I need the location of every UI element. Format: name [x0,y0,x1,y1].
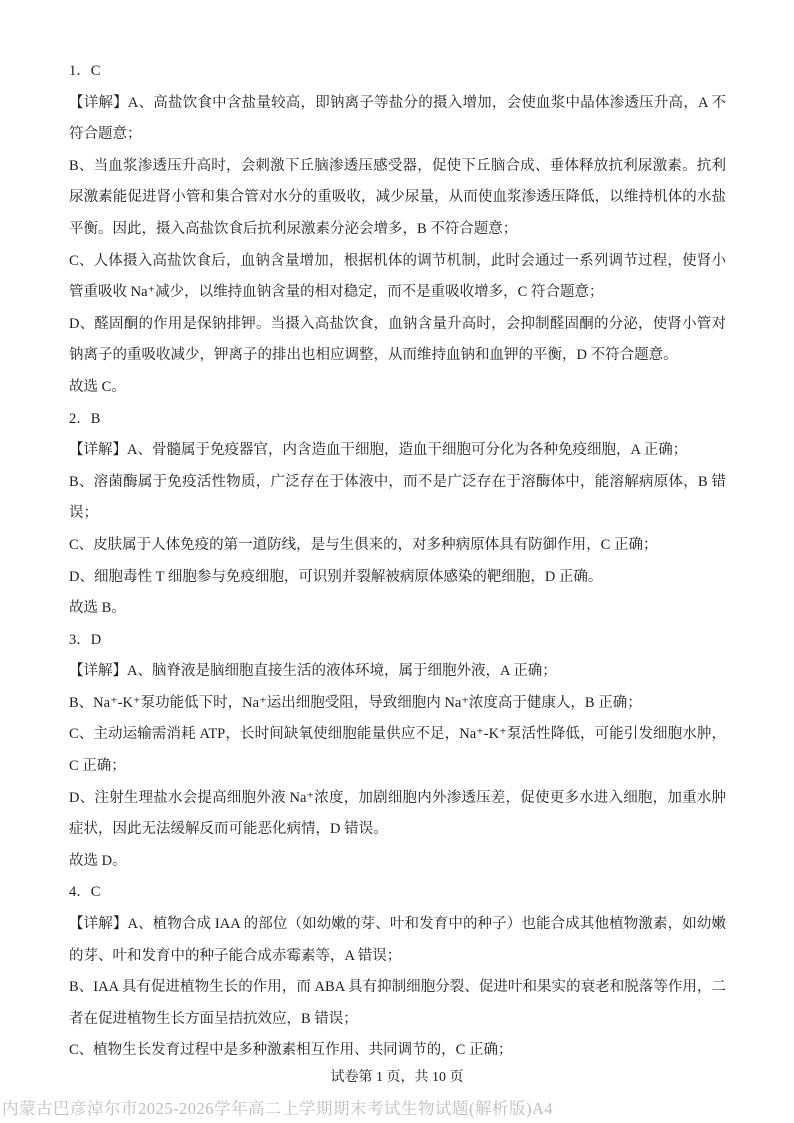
explanation-paragraph: C、植物生长发育过程中是多种激素相互作用、共同调节的，C 正确； [69,1035,726,1067]
explanation-paragraph: B、溶菌酶属于免疫活性物质，广泛存在于体液中，而不是广泛存在于溶酶体中，能溶解病… [69,467,726,530]
explanation-paragraph: 【详解】A、植物合成 IAA 的部位（如幼嫩的芽、叶和发育中的种子）也能合成其他… [69,909,726,972]
explanation-paragraph: D、醛固酮的作用是保钠排钾。当摄入高盐饮食，血钠含量升高时，会抑制醛固酮的分泌，… [69,309,726,372]
answer-heading-2: 2．B [69,404,726,436]
footer-page-number: 试卷第 1 页，共 10 页 [0,1066,794,1086]
watermark-text: 内蒙古巴彦淖尔市2025-2026学年高二上学期期末考试生物试题(解析版)A4 [2,1095,553,1119]
explanation-paragraph: D、注射生理盐水会提高细胞外液 Na⁺浓度，加剧细胞内外渗透压差，促使更多水进入… [69,783,726,846]
answer-heading-3: 3．D [69,625,726,657]
explanation-paragraph: B、Na⁺-K⁺泵功能低下时，Na⁺运出细胞受阻，导致细胞内 Na⁺浓度高于健康… [69,688,726,720]
document-page: 1．C 【详解】A、高盐饮食中含盐量较高，即钠离子等盐分的摄入增加，会使血浆中晶… [0,0,794,1123]
answer-block-2: 2．B 【详解】A、骨髓属于免疫器官，内含造血干细胞，造血干细胞可分化为各种免疫… [69,404,726,625]
conclusion-line: 故选 B。 [69,593,726,625]
answer-heading-4: 4．C [69,877,726,909]
explanation-paragraph: C、主动运输需消耗 ATP，长时间缺氧使细胞能量供应不足，Na⁺-K⁺泵活性降低… [69,719,726,782]
explanation-paragraph: D、细胞毒性 T 细胞参与免疫细胞，可识别并裂解被病原体感染的靶细胞，D 正确。 [69,562,726,594]
answer-block-3: 3．D 【详解】A、脑脊液是脑细胞直接生活的液体环境，属于细胞外液，A 正确； … [69,625,726,878]
explanation-paragraph: B、IAA 具有促进植物生长的作用，而 ABA 具有抑制细胞分裂、促进叶和果实的… [69,972,726,1035]
explanation-paragraph: C、皮肤属于人体免疫的第一道防线，是与生俱来的，对多种病原体具有防御作用，C 正… [69,530,726,562]
explanation-paragraph: C、人体摄入高盐饮食后，血钠含量增加，根据机体的调节机制，此时会通过一系列调节过… [69,246,726,309]
explanation-paragraph: 【详解】A、高盐饮食中含盐量较高，即钠离子等盐分的摄入增加，会使血浆中晶体渗透压… [69,88,726,151]
answer-block-4: 4．C 【详解】A、植物合成 IAA 的部位（如幼嫩的芽、叶和发育中的种子）也能… [69,877,726,1067]
conclusion-line: 故选 D。 [69,846,726,878]
explanation-paragraph: 【详解】A、脑脊液是脑细胞直接生活的液体环境，属于细胞外液，A 正确； [69,656,726,688]
content-area: 1．C 【详解】A、高盐饮食中含盐量较高，即钠离子等盐分的摄入增加，会使血浆中晶… [69,56,726,1067]
conclusion-line: 故选 C。 [69,372,726,404]
answer-block-1: 1．C 【详解】A、高盐饮食中含盐量较高，即钠离子等盐分的摄入增加，会使血浆中晶… [69,56,726,404]
answer-heading-1: 1．C [69,56,726,88]
explanation-paragraph: 【详解】A、骨髓属于免疫器官，内含造血干细胞，造血干细胞可分化为各种免疫细胞，A… [69,435,726,467]
explanation-paragraph: B、当血浆渗透压升高时，会刺激下丘脑渗透压感受器，促使下丘脑合成、垂体释放抗利尿… [69,151,726,246]
